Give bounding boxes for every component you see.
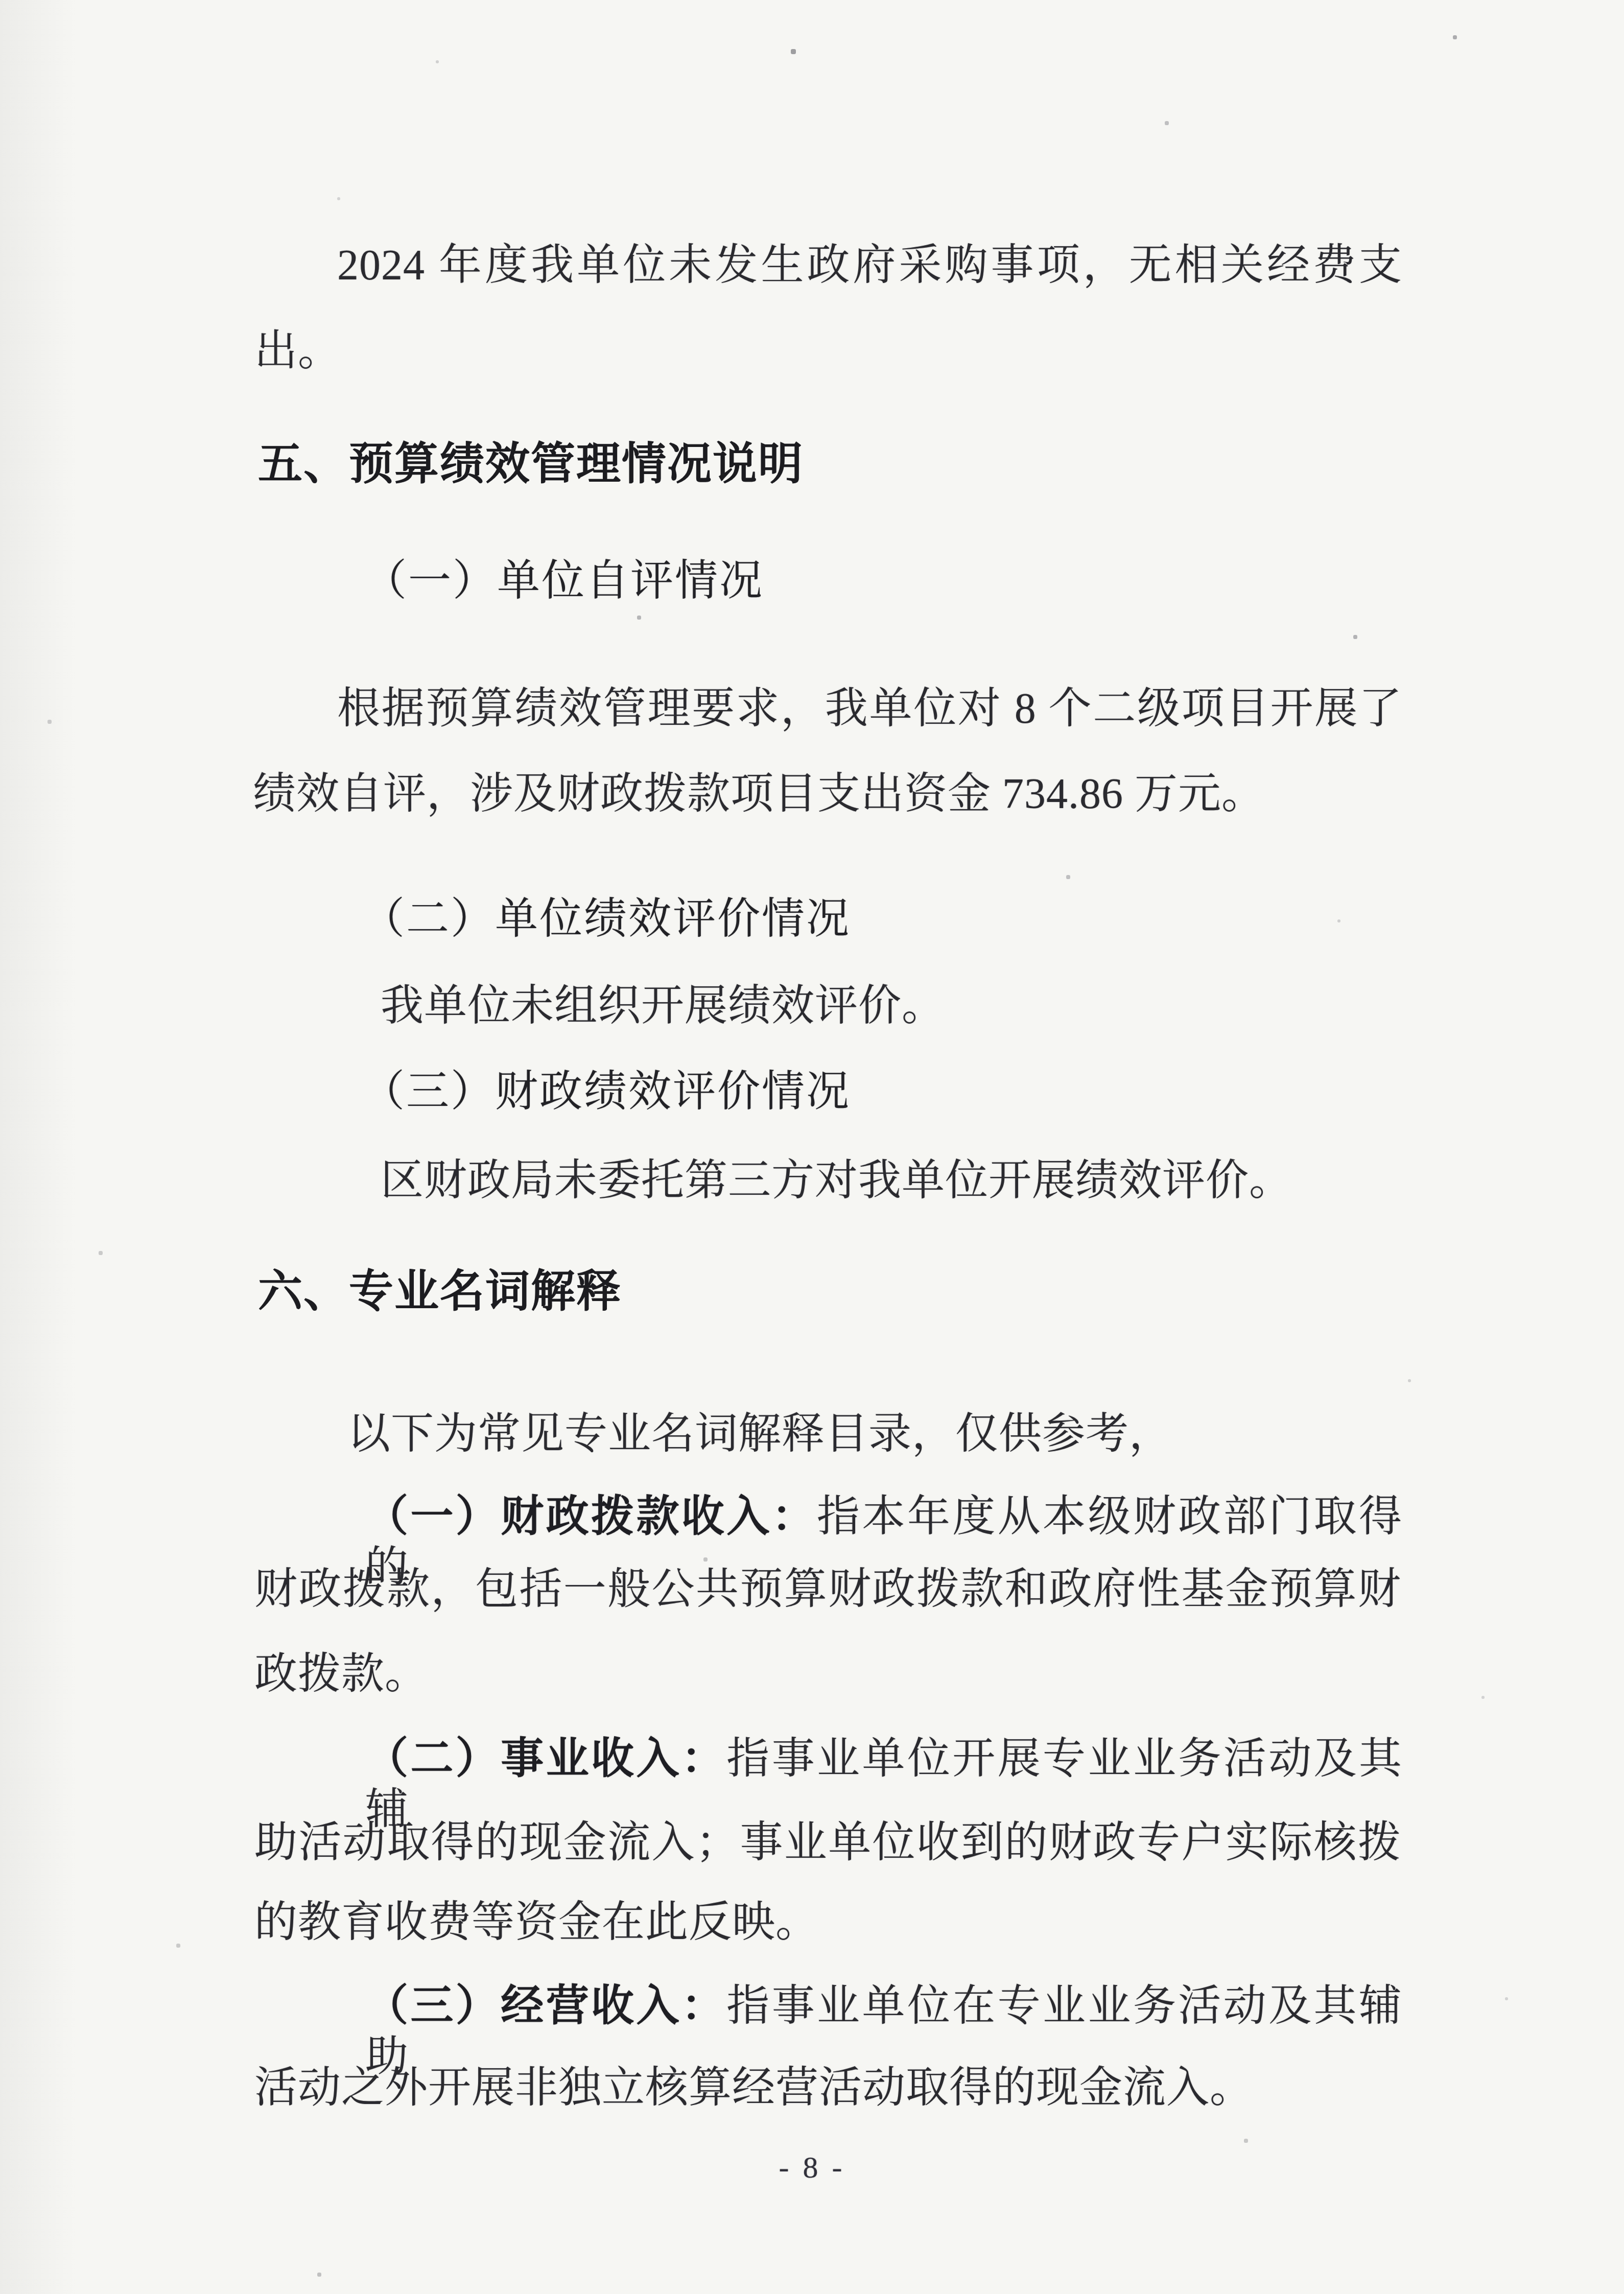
term3-label: （三）经营收入： bbox=[365, 1982, 726, 2030]
section5-sub2-heading: （二）单位绩效评价情况 bbox=[362, 894, 851, 944]
term1-line2: 财政拨款，包括一般公共预算财政拨款和政府性基金预算财 bbox=[254, 1564, 1401, 1615]
section6-heading: 六、专业名词解释 bbox=[258, 1266, 622, 1318]
section5-sub2-line1: 我单位未组织开展绩效评价。 bbox=[381, 981, 945, 1031]
section5-sub1-line1: 根据预算绩效管理要求，我单位对 8 个二级项目开展了 bbox=[337, 683, 1402, 734]
section5-heading: 五、预算绩效管理情况说明 bbox=[258, 438, 804, 491]
procurement-paragraph-line1: 2024 年度我单位未发生政府采购事项，无相关经费支 bbox=[337, 240, 1402, 291]
section5-sub3-line1: 区财政局未委托第三方对我单位开展绩效评价。 bbox=[381, 1155, 1292, 1206]
term2-line2: 助活动取得的现金流入；事业单位收到的财政专户实际核拨 bbox=[254, 1817, 1401, 1868]
term2-line3: 的教育收费等资金在此反映。 bbox=[254, 1897, 819, 1948]
term2-label: （二）事业收入： bbox=[365, 1735, 726, 1783]
term1-line3: 政拨款。 bbox=[254, 1649, 428, 1699]
scan-noise-specks bbox=[0, 0, 1, 1]
section6-intro: 以下为常见专业名词解释目录，仅供参考， bbox=[347, 1409, 1172, 1459]
section5-sub3-heading: （三）财政绩效评价情况 bbox=[362, 1067, 851, 1117]
term1-label: （一）财政拨款收入： bbox=[365, 1493, 817, 1541]
section5-sub1-heading: （一）单位自评情况 bbox=[364, 556, 764, 606]
scanned-document-page: 2024 年度我单位未发生政府采购事项，无相关经费支 出。 五、预算绩效管理情况… bbox=[0, 0, 1624, 2294]
page-number: - 8 - bbox=[0, 2149, 1624, 2186]
procurement-paragraph-line2: 出。 bbox=[254, 326, 341, 376]
section5-sub1-line2: 绩效自评，涉及财政拨款项目支出资金 734.86 万元。 bbox=[253, 769, 1265, 819]
term3-line2: 活动之外开展非独立核算经营活动取得的现金流入。 bbox=[254, 2063, 1253, 2113]
